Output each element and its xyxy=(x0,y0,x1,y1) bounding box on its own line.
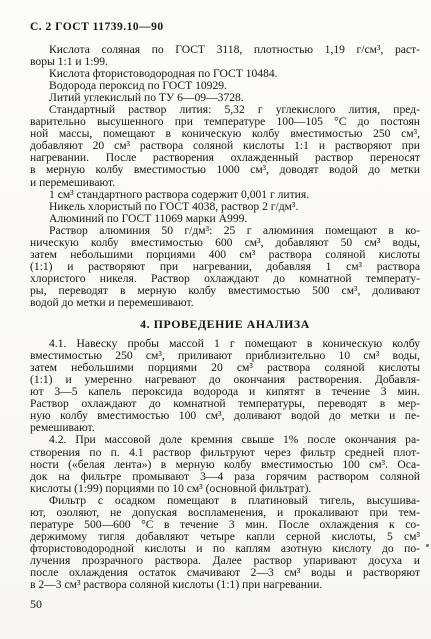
page-number: 50 xyxy=(30,597,42,612)
section-heading: 4. ПРОВЕДЕНИЕ АНАЛИЗА xyxy=(30,318,420,330)
text-line: в мерную колбу вместимостью 1000 см³, до… xyxy=(30,164,420,176)
scan-artifact xyxy=(426,544,429,547)
text-line: ют, озоляют, не допуская воспламенения, … xyxy=(30,507,420,519)
text-line: Раствор алюминия 50 г/дм³: 25 г алюминия… xyxy=(30,225,420,237)
text-line: ности («белая лента») в мерную колбу вме… xyxy=(30,459,420,471)
document-body: Кислота соляная по ГОСТ 3118, плотностью… xyxy=(30,44,420,591)
text-line: Алюминий по ГОСТ 11069 марки А999. xyxy=(30,213,420,225)
page-header: С. 2 ГОСТ 11739.10—90 xyxy=(30,21,164,33)
text-line: Никель хлористый по ГОСТ 4038, раствор 2… xyxy=(30,201,420,213)
text-line: док на фильтре промывают 3—4 раза горячи… xyxy=(30,471,420,483)
text-line: ническую колбу вместимостью 600 см³, доб… xyxy=(30,237,420,249)
page: С. 2 ГОСТ 11739.10—90 Кислота соляная по… xyxy=(0,0,431,639)
text-line: кислоты (1:99) порциями по 10 см³ (основ… xyxy=(30,483,420,495)
text-line: и перемешивают. xyxy=(30,177,420,189)
text-line: 4.2. При массовой доле кремния свыше 1% … xyxy=(30,434,420,446)
text-line: водой до метки и перемешивают. xyxy=(30,297,420,309)
text-line: Фильтр с осадком помещают в платиновый т… xyxy=(30,495,420,507)
text-line: створения по п. 4.1 раствор фильтруют че… xyxy=(30,447,420,459)
text-line: 1 см³ стандартного раствора содержит 0,0… xyxy=(30,189,420,201)
text-line: в 2—3 см³ раствора соляной кислоты (1:1)… xyxy=(30,579,420,591)
